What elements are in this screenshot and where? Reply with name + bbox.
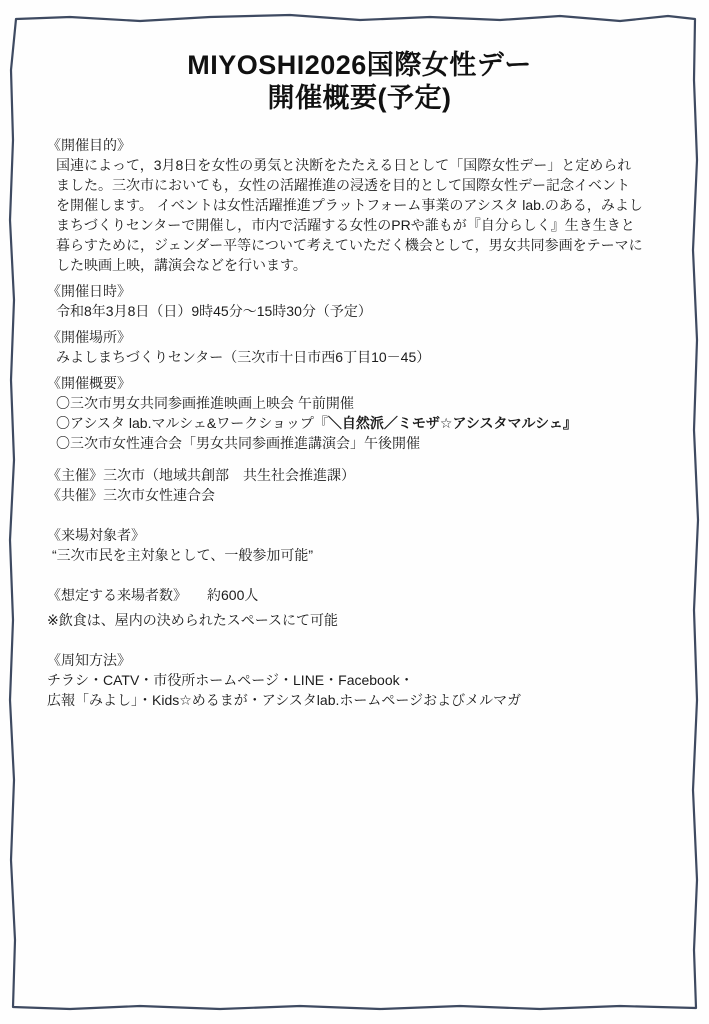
venue-heading: 《開催場所》 bbox=[47, 327, 672, 347]
purpose-line-3: を開催します。 イベントは女性活躍推進プラットフォーム事業のアシスタ lab.の… bbox=[47, 195, 672, 215]
section-outline: 《開催概要》 〇三次市男女共同参画推進映画上映会 午前開催 〇アシスタ lab.… bbox=[47, 373, 672, 453]
organizer-host: 《主催》三次市（地域共創部 共生社会推進課） bbox=[47, 465, 672, 485]
audience-heading: 《来場対象者》 bbox=[47, 525, 672, 545]
page-title-line-2: 開催概要(予定) bbox=[47, 82, 672, 115]
section-venue: 《開催場所》 みよしまちづくりセンター（三次市十日市西6丁目10－45） bbox=[47, 327, 672, 367]
purpose-line-6: した映画上映，講演会などを行います。 bbox=[47, 255, 672, 275]
section-audience: 《来場対象者》 “三次市民を主対象として、一般参加可能” bbox=[47, 525, 672, 565]
outline-item-marche: 〇アシスタ lab.マルシェ&ワークショップ『＼自然派／ミモザ☆アシスタマルシェ… bbox=[47, 413, 672, 433]
publicity-line-1: チラシ・CATV・市役所ホームページ・LINE・Facebook・ bbox=[47, 670, 672, 690]
page-title-line-1: MIYOSHI2026国際女性デー bbox=[47, 49, 672, 82]
attendance-note: ※飲食は、屋内の決められたスペースにて可能 bbox=[47, 610, 672, 630]
attendance-count: 約600人 bbox=[207, 587, 258, 603]
attendance-line: 《想定する来場者数》約600人 bbox=[47, 585, 672, 605]
purpose-line-2: ました。三次市においても，女性の活躍推進の浸透を目的として国際女性デー記念イベン… bbox=[47, 175, 672, 195]
purpose-line-4: まちづくりセンターで開催し，市内で活躍する女性のPRや誰もが『自分らしく』生き生… bbox=[47, 215, 672, 235]
datetime-heading: 《開催日時》 bbox=[47, 281, 672, 301]
datetime-value: 令和8年3月8日（日）9時45分～15時30分（予定） bbox=[47, 301, 672, 321]
section-attendance: 《想定する来場者数》約600人 ※飲食は、屋内の決められたスペースにて可能 bbox=[47, 585, 672, 630]
section-purpose: 《開催目的》 国連によって，3月8日を女性の勇気と決断をたたえる日として「国際女… bbox=[47, 135, 672, 275]
purpose-line-5: 暮らすために，ジェンダー平等について考えていただく機会として，男女共同参画をテー… bbox=[47, 235, 672, 255]
purpose-heading: 《開催目的》 bbox=[47, 135, 672, 155]
outline-item-marche-prefix: 〇アシスタ lab.マルシェ&ワークショップ『 bbox=[56, 415, 328, 431]
venue-value: みよしまちづくりセンター（三次市十日市西6丁目10－45） bbox=[47, 347, 672, 367]
document-content: MIYOSHI2026国際女性デー 開催概要(予定) 《開催目的》 国連によって… bbox=[47, 49, 672, 710]
page-title: MIYOSHI2026国際女性デー 開催概要(予定) bbox=[47, 49, 672, 115]
attendance-heading: 《想定する来場者数》 bbox=[47, 587, 187, 603]
purpose-line-1: 国連によって，3月8日を女性の勇気と決断をたたえる日として「国際女性デー」と定め… bbox=[47, 155, 672, 175]
section-publicity: 《周知方法》 チラシ・CATV・市役所ホームページ・LINE・Facebook・… bbox=[47, 650, 672, 710]
outline-heading: 《開催概要》 bbox=[47, 373, 672, 393]
outline-item-film: 〇三次市男女共同参画推進映画上映会 午前開催 bbox=[47, 393, 672, 413]
section-datetime: 《開催日時》 令和8年3月8日（日）9時45分～15時30分（予定） bbox=[47, 281, 672, 321]
outline-item-marche-title: ＼自然派／ミモザ☆アシスタマルシェ』 bbox=[328, 415, 577, 431]
section-organizer: 《主催》三次市（地域共創部 共生社会推進課） 《共催》三次市女性連合会 bbox=[47, 465, 672, 505]
publicity-line-2: 広報「みよし」・Kids☆めるまが・アシスタlab.ホームページおよびメルマガ bbox=[47, 690, 672, 710]
organizer-cohost: 《共催》三次市女性連合会 bbox=[47, 485, 672, 505]
audience-value: “三次市民を主対象として、一般参加可能” bbox=[47, 545, 672, 565]
outline-item-lecture: 〇三次市女性連合会「男女共同参画推進講演会」午後開催 bbox=[47, 433, 672, 453]
document-page: MIYOSHI2026国際女性デー 開催概要(予定) 《開催目的》 国連によって… bbox=[0, 0, 709, 1024]
publicity-heading: 《周知方法》 bbox=[47, 650, 672, 670]
